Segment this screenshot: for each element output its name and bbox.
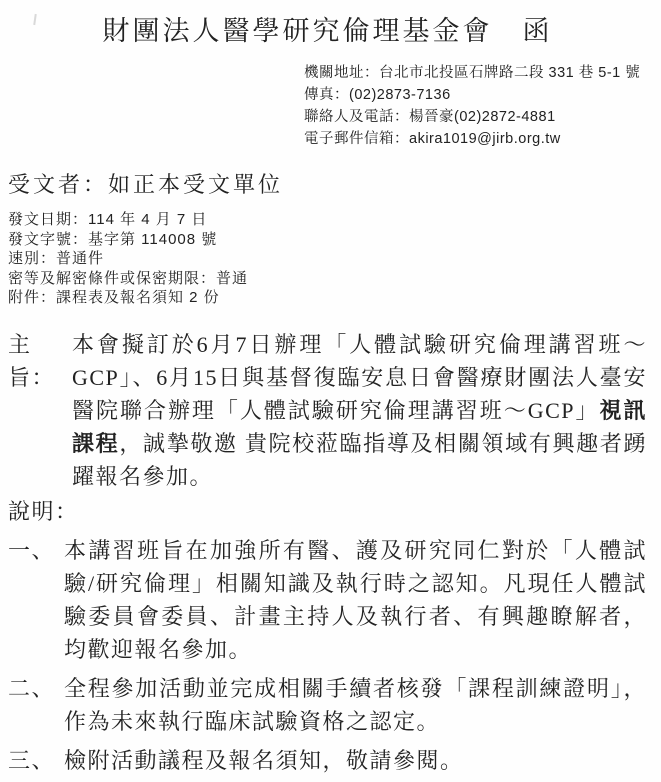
subject-label: 主旨： — [8, 328, 72, 493]
metadata-block: 發文日期：114 年 4 月 7 日發文字號：基字第 114008 號速別：普通… — [8, 210, 647, 308]
recipient-line: 受文者：如正本受文單位 — [8, 170, 647, 200]
explanation-heading: 說明： — [8, 495, 647, 528]
sender-info-line: 傳真：(02)2873-7136 — [304, 84, 647, 106]
subject-section: 主旨： 本會擬訂於6月7日辦理「人體試驗研究倫理講習班～GCP」、6月15日與基… — [8, 328, 647, 493]
sender-info-line: 電子郵件信箱：akira1019@jirb.org.tw — [304, 128, 647, 150]
explanation-item-text: 本講習班旨在加強所有醫、護及研究同仁對於「人體試驗/研究倫理」相關知識及執行時之… — [64, 534, 647, 666]
explanation-item: 一、本講習班旨在加強所有醫、護及研究同仁對於「人體試驗/研究倫理」相關知識及執行… — [8, 534, 647, 666]
sender-info-line: 機關地址：台北市北投區石牌路二段 331 巷 5-1 號 — [304, 62, 647, 84]
explanation-item-number: 一、 — [8, 534, 64, 666]
explanation-item: 二、全程參加活動並完成相關手續者核發「課程訓練證明」，作為未來執行臨床試驗資格之… — [8, 672, 647, 738]
explanation-item-number: 二、 — [8, 672, 64, 738]
metadata-line: 密等及解密條件或保密期限：普通 — [8, 269, 647, 289]
metadata-line: 附件：課程表及報名須知 2 份 — [8, 288, 647, 308]
metadata-line: 速別：普通件 — [8, 249, 647, 269]
subject-segment: 本會擬訂於6月7日辦理「人體試驗研究倫理講習班～GCP」、6月15日與基督復臨安… — [72, 332, 647, 423]
explanation-item-text: 全程參加活動並完成相關手續者核發「課程訓練證明」，作為未來執行臨床試驗資格之認定… — [64, 672, 647, 738]
document-title: 財團法人醫學研究倫理基金會 函 — [8, 12, 647, 50]
explanation-item: 三、檢附活動議程及報名須知，敬請參閱。 — [8, 744, 647, 777]
subject-text: 本會擬訂於6月7日辦理「人體試驗研究倫理講習班～GCP」、6月15日與基督復臨安… — [72, 328, 647, 493]
metadata-line: 發文字號：基字第 114008 號 — [8, 230, 647, 250]
explanation-item-text: 檢附活動議程及報名須知，敬請參閱。 — [64, 744, 647, 777]
sender-info-block: 機關地址：台北市北投區石牌路二段 331 巷 5-1 號傳真：(02)2873-… — [304, 62, 647, 150]
explanation-item-number: 三、 — [8, 744, 64, 777]
explanation-list: 一、本講習班旨在加強所有醫、護及研究同仁對於「人體試驗/研究倫理」相關知識及執行… — [8, 534, 647, 777]
document-page: 財團法人醫學研究倫理基金會 函 機關地址：台北市北投區石牌路二段 331 巷 5… — [0, 0, 661, 782]
subject-segment: ，誠摯敬邀 貴院校蒞臨指導及相關領域有興趣者踴躍報名參加。 — [72, 431, 647, 489]
metadata-line: 發文日期：114 年 4 月 7 日 — [8, 210, 647, 230]
sender-info-line: 聯絡人及電話：楊晉豪(02)2872-4881 — [304, 106, 647, 128]
